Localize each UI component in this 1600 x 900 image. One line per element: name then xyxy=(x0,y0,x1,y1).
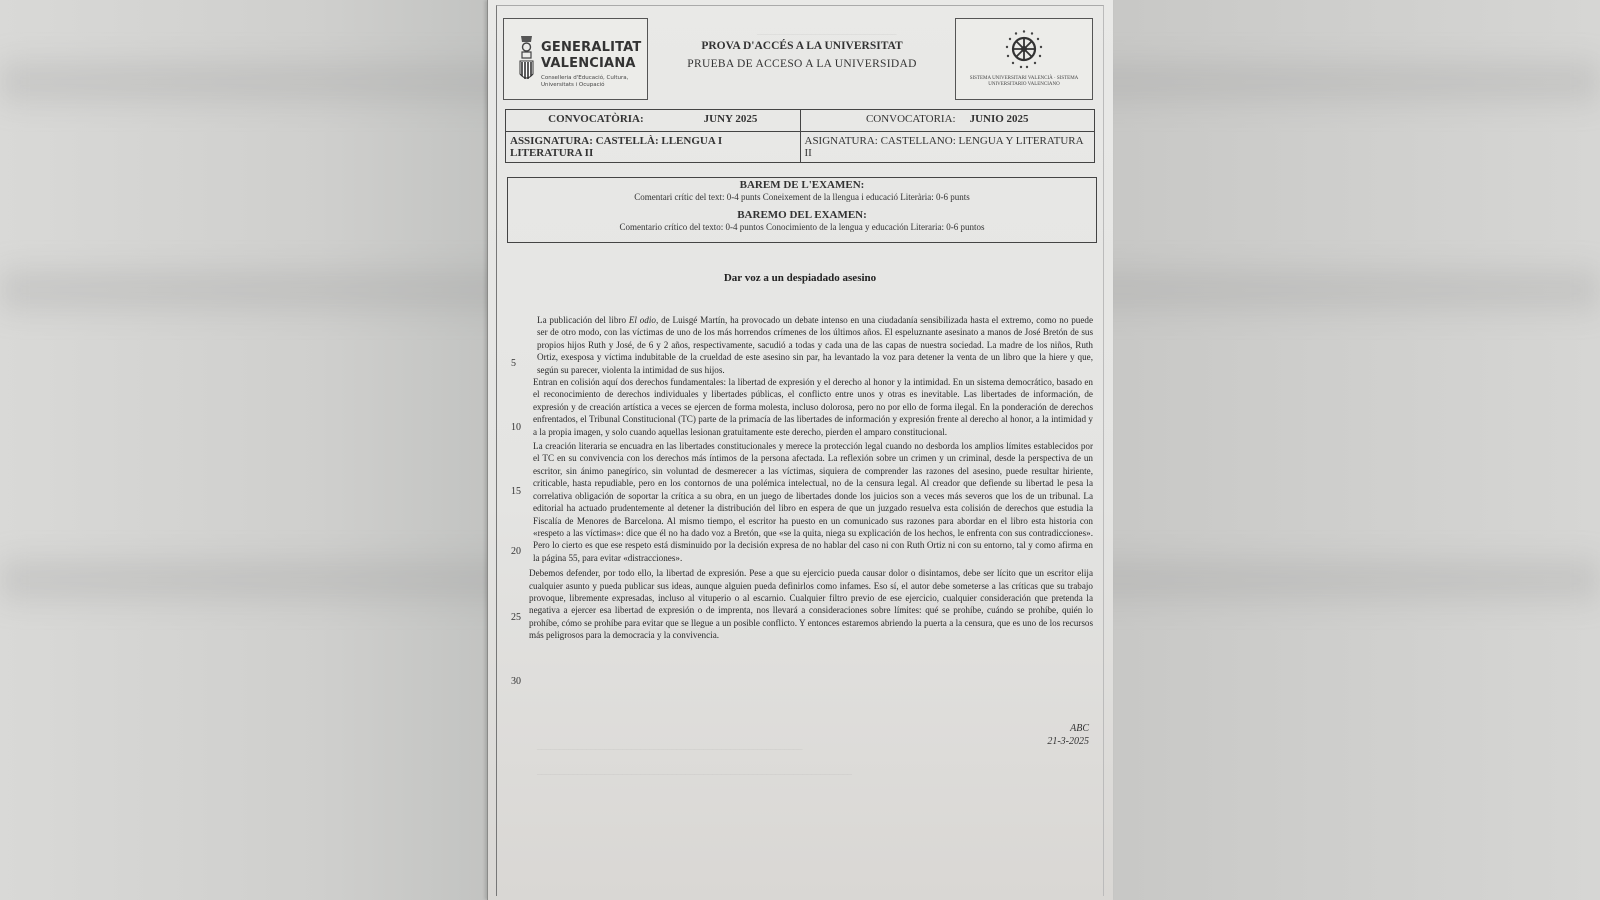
barem-text-es: Comentario crítico del texto: 0-4 puntos… xyxy=(508,222,1096,232)
logo-name-line1: GENERALITAT xyxy=(541,40,641,55)
logo-subtitle: Conselleria d'Educació, Cultura, Univers… xyxy=(541,75,641,89)
bleed-through-text: ________________________________________… xyxy=(537,766,852,776)
barem-text-ca: Comentari crític del text: 0-4 punts Con… xyxy=(508,192,1096,202)
exam-page: _______________________________ GENERALI… xyxy=(487,0,1113,900)
convocatoria-es: CONVOCATORIA:JUNIO 2025 xyxy=(800,110,1095,132)
barem-heading-ca: BAREM DE L'EXAMEN: xyxy=(508,179,1096,191)
line-number-15: 15 xyxy=(511,486,521,497)
logo-name-line2: VALENCIANA xyxy=(541,56,636,71)
book-title: El odio xyxy=(629,315,656,325)
line-number-25: 25 xyxy=(511,612,521,623)
coat-of-arms-icon xyxy=(518,34,535,82)
line-number-30: 30 xyxy=(511,676,521,687)
article-title: Dar voz a un despiadado asesino xyxy=(497,272,1103,284)
university-seal-icon xyxy=(1004,29,1044,73)
convocatoria-ca: CONVOCATÒRIA:JUNY 2025 xyxy=(506,110,801,132)
logo-caption: SISTEMA UNIVERSITARI VALENCIÀ · SISTEMA … xyxy=(966,76,1082,88)
article-paragraph: Entran en colisión aquí dos derechos fun… xyxy=(533,376,1093,438)
article-paragraph: Debemos defender, por todo ello, la libe… xyxy=(529,567,1093,641)
bleed-through-text: _______________________________ xyxy=(757,26,897,36)
line-number-5: 5 xyxy=(511,358,516,369)
bleed-through-text: ________________________________________… xyxy=(537,741,803,751)
article-paragraph: La publicación del libro El odio, de Lui… xyxy=(537,314,1093,376)
line-number-20: 20 xyxy=(511,546,521,557)
source-name: ABC xyxy=(1047,722,1089,735)
source-date: 21-3-2025 xyxy=(1047,735,1089,748)
university-system-logo: SISTEMA UNIVERSITARI VALENCIÀ · SISTEMA … xyxy=(955,18,1093,100)
barem-heading-es: BAREMO DEL EXAMEN: xyxy=(508,209,1096,221)
grading-scale-box: BAREM DE L'EXAMEN: Comentari crític del … xyxy=(507,177,1097,243)
page-frame: _______________________________ GENERALI… xyxy=(496,5,1104,896)
title-spanish: PRUEBA DE ACCESO A LA UNIVERSIDAD xyxy=(657,58,947,70)
subject-es: ASIGNATURA: CASTELLANO: LENGUA Y LITERAT… xyxy=(800,132,1095,163)
convocatoria-value-es: JUNIO 2025 xyxy=(970,113,1029,125)
line-number-10: 10 xyxy=(511,422,521,433)
convocatoria-table: CONVOCATÒRIA:JUNY 2025 CONVOCATORIA:JUNI… xyxy=(505,109,1095,163)
article-paragraph: La creación literaria se encuadra en las… xyxy=(533,440,1093,564)
convocatoria-value-ca: JUNY 2025 xyxy=(704,113,758,125)
title-catalan: PROVA D'ACCÉS A LA UNIVERSITAT xyxy=(657,40,947,52)
subject-ca: ASSIGNATURA: CASTELLÀ: LLENGUA I LITERAT… xyxy=(506,132,801,163)
article-body: La publicación del libro El odio, de Lui… xyxy=(533,314,1093,642)
article-source: ABC 21-3-2025 xyxy=(1047,722,1089,748)
convocatoria-label-es: CONVOCATORIA: xyxy=(866,113,956,125)
exam-title: PROVA D'ACCÉS A LA UNIVERSITAT PRUEBA DE… xyxy=(657,40,947,70)
convocatoria-label-ca: CONVOCATÒRIA: xyxy=(548,113,644,125)
generalitat-logo: GENERALITAT VALENCIANA Conselleria d'Edu… xyxy=(503,18,648,100)
